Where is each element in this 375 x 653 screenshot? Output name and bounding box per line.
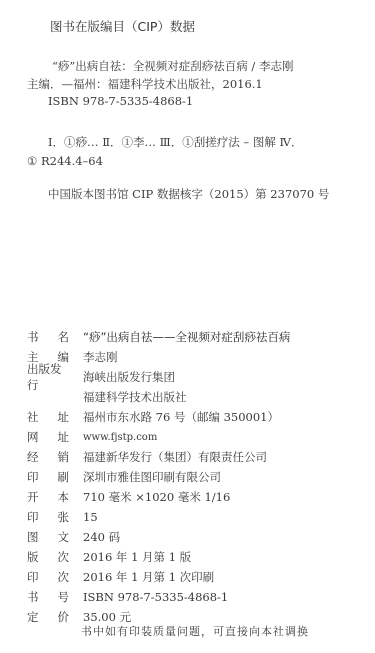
label-price: 定价 [27,609,81,625]
label-sheets: 印张 [27,509,81,525]
value-format: 710 毫米 ×1020 毫米 1/16 [81,489,230,505]
quality-notice: 书中如有印装质量问题，可直接向本社调换 [81,623,309,639]
value-printing: 2016 年 1 月第 1 次印刷 [81,569,214,585]
value-sheets: 15 [81,510,98,524]
row-website: 网址 www.fjstp.com [27,427,367,447]
label-website: 网址 [27,429,81,445]
label-format: 开本 [27,489,81,505]
label-printing: 印次 [27,569,81,585]
value-distributor: 福建新华发行（集团）有限责任公司 [81,449,267,465]
value-publisher-house: 福建科学技术出版社 [81,389,187,405]
cip-heading: 图书在版编目（CIP）数据 [50,17,195,35]
label-printer: 印刷 [27,469,81,485]
row-edition: 版次 2016 年 1 月第 1 版 [27,547,367,567]
row-book-title: 书名 “痧”出病自祛——全视频对症刮痧祛百病 [27,327,367,347]
row-pages: 图文 240 码 [27,527,367,547]
cip-book-title-line: “痧”出病自祛：全视频对症刮痧祛百病 / 李志刚 [52,58,293,74]
cip-classification-code: ① R244.4–64 [27,154,103,168]
row-sheets: 印张 15 [27,507,367,527]
label-address: 社址 [27,409,81,425]
row-format: 开本 710 毫米 ×1020 毫米 1/16 [27,487,367,507]
value-printer: 深圳市雅佳图印刷有限公司 [81,469,221,485]
cip-publisher-line: 主编．—福州：福建科学技术出版社，2016.1 [27,76,263,92]
value-edition: 2016 年 1 月第 1 版 [81,549,191,565]
value-address: 福州市东水路 76 号（邮编 350001） [81,409,279,425]
value-editor: 李志刚 [81,349,118,365]
label-edition: 版次 [27,549,81,565]
label-isbn: 书号 [27,589,81,605]
row-printer: 印刷 深圳市雅佳图印刷有限公司 [27,467,367,487]
row-address: 社址 福州市东水路 76 号（邮编 350001） [27,407,367,427]
value-website-link[interactable]: www.fjstp.com [81,432,157,443]
value-pages: 240 码 [81,529,120,545]
label-publisher: 出版发行 [27,361,81,393]
label-book-title: 书名 [27,329,81,345]
row-publisher: 出版发行 海峡出版发行集团 [27,367,367,387]
row-distributor: 经销 福建新华发行（集团）有限责任公司 [27,447,367,467]
label-pages: 图文 [27,529,81,545]
row-printing: 印次 2016 年 1 月第 1 次印刷 [27,567,367,587]
label-distributor: 经销 [27,449,81,465]
cip-classification-line: Ⅰ．①痧… Ⅱ．①李… Ⅲ．①刮搓疗法 – 图解 Ⅳ． [48,134,302,150]
row-isbn: 书号 ISBN 978-7-5335-4868-1 [27,587,367,607]
value-book-title: “痧”出病自祛——全视频对症刮痧祛百病 [81,329,290,345]
value-isbn: ISBN 978-7-5335-4868-1 [81,590,228,604]
value-publisher-group: 海峡出版发行集团 [81,369,175,385]
colophon-table: 书名 “痧”出病自祛——全视频对症刮痧祛百病 主编 李志刚 出版发行 海峡出版发… [27,327,367,627]
cip-isbn-line: ISBN 978-7-5335-4868-1 [48,94,193,108]
cip-china-record: 中国版本图书馆 CIP 数据核字（2015）第 237070 号 [48,186,329,202]
